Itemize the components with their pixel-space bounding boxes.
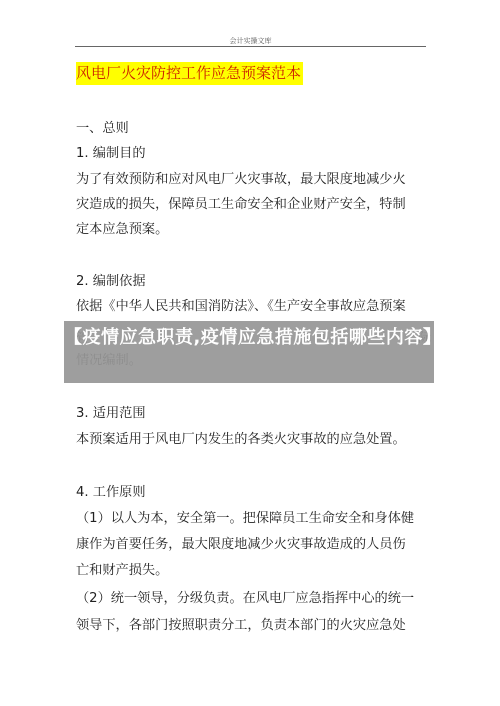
subsection-heading: 2. 编制依据	[76, 273, 146, 291]
paragraph-line: 依据《中华人民共和国消防法》、《生产安全事故应急预案	[76, 298, 406, 316]
paragraph-line: 为了有效预防和应对风电厂火灾事故，最大限度地减少火	[76, 171, 406, 189]
page-header: 会计实操文库	[75, 36, 426, 46]
paragraph-line: （1）以人为本，安全第一。把保障员工生命安全和身体健	[76, 510, 414, 528]
paragraph-line: 定本应急预案。	[76, 221, 168, 239]
paragraph-line: 灾造成的损失，保障员工生命安全和企业财产安全，特制	[76, 196, 406, 214]
subsection-heading: 3. 适用范围	[76, 405, 146, 423]
document-title: 风电厂火灾防控工作应急预案范本	[76, 62, 303, 85]
paragraph-line: 领导下，各部门按照职责分工，负责本部门的火灾应急处	[76, 617, 406, 635]
paragraph-line: 亡和财产损失。	[76, 562, 168, 580]
header-divider	[75, 46, 426, 47]
subsection-heading: 4. 工作原则	[76, 484, 146, 502]
overlay-banner-text: 【疫情应急职责,疫情应急措施包括哪些内容】	[64, 325, 434, 351]
paragraph-line: 康作为首要任务，最大限度地减少火灾事故造成的人员伤	[76, 536, 406, 554]
subsection-heading: 1. 编制目的	[76, 145, 146, 163]
section-heading: 一、总则	[76, 120, 129, 138]
paragraph-line: 本预案适用于风电厂内发生的各类火灾事故的应急处置。	[76, 431, 406, 449]
paragraph-line: （2）统一领导，分级负责。在风电厂应急指挥中心的统一	[76, 590, 414, 608]
